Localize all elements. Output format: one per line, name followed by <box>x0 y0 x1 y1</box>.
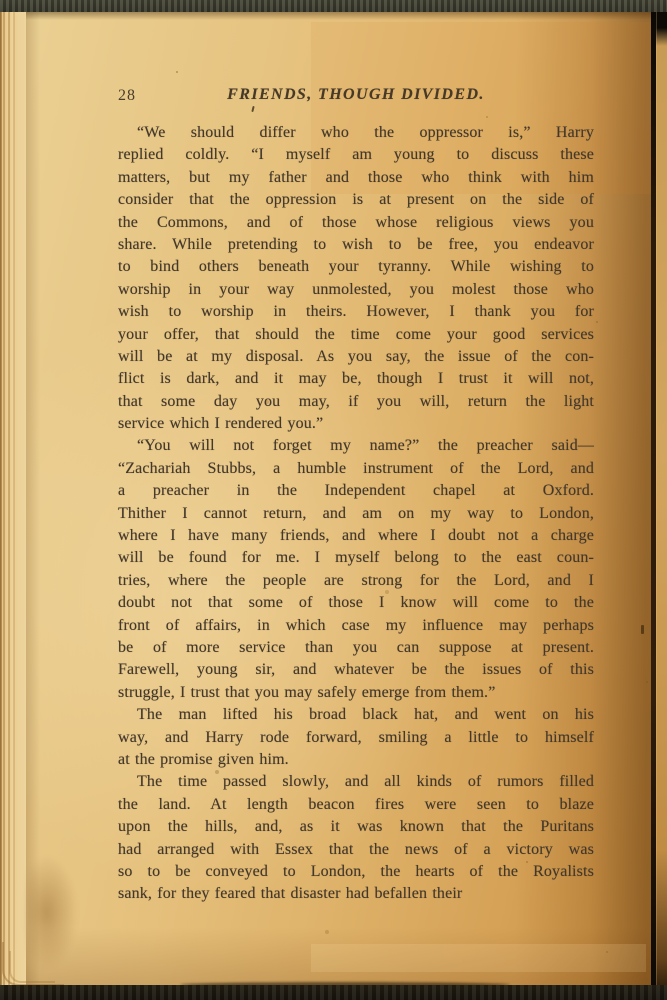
text-line: be of more service than you can suppose … <box>118 637 594 659</box>
text-line: flict is dark, and it may be, though I t… <box>118 368 594 390</box>
text-line: struggle, I trust that you may safely em… <box>118 682 594 704</box>
text-line: front of affairs, in which case my influ… <box>118 615 594 637</box>
text-line: where I have many friends, and where I d… <box>118 525 594 547</box>
text-line: had arranged with Essex that the news of… <box>118 839 594 861</box>
page-header: 28 FRIENDS, THOUGH DIVIDED. <box>118 86 594 108</box>
book-cover-bottom-edge <box>0 985 667 1000</box>
text-line: Thither I cannot return, and am on my wa… <box>118 503 594 525</box>
text-line: replied coldly. “I myself am young to di… <box>118 144 594 166</box>
text-line: your offer, that should the time come yo… <box>118 324 594 346</box>
stacked-page-edges <box>0 11 26 986</box>
paper-foxing-specks <box>176 71 178 73</box>
text-line: matters, but my father and those who thi… <box>118 167 594 189</box>
text-line: share. While pretending to wish to be fr… <box>118 234 594 256</box>
margin-ink-mark <box>641 625 644 634</box>
paragraph: The time passed slowly, and all kinds of… <box>118 771 594 905</box>
text-block: “We should differ who the oppressor is,”… <box>118 122 594 906</box>
text-line: upon the hills, and, as it was known tha… <box>118 816 594 838</box>
paragraph: The man lifted his broad black hat, and … <box>118 704 594 771</box>
book-cover-top-edge <box>0 0 667 12</box>
text-line: wish to worship in theirs. However, I th… <box>118 301 594 323</box>
text-line: “We should differ who the oppressor is,”… <box>118 122 594 144</box>
text-line: “Zachariah Stubbs, a humble instrument o… <box>118 458 594 480</box>
text-line: service which I rendered you.” <box>118 413 594 435</box>
facing-page-edge <box>656 0 667 1000</box>
text-line: sank, for they feared that disaster had … <box>118 883 594 905</box>
text-line: worship in your way unmolested, you mole… <box>118 279 594 301</box>
text-line: The time passed slowly, and all kinds of… <box>118 771 594 793</box>
running-header: FRIENDS, THOUGH DIVIDED. <box>227 86 485 104</box>
text-line: a preacher in the Independent chapel at … <box>118 480 594 502</box>
page-number: 28 <box>118 87 136 105</box>
text-line: The man lifted his broad black hat, and … <box>118 704 594 726</box>
text-line: will be at my disposal. As you say, the … <box>118 346 594 368</box>
text-line: “You will not forget my name?” the preac… <box>118 435 594 457</box>
text-line: the Commons, and of those whose religiou… <box>118 212 594 234</box>
text-line: doubt not that some of those I know will… <box>118 592 594 614</box>
scan-brightness-band-bottom <box>311 944 646 972</box>
text-line: the land. At length beacon fires were se… <box>118 794 594 816</box>
text-line: will be found for me. I myself belong to… <box>118 547 594 569</box>
text-line: to bind others beneath your tyranny. Whi… <box>118 256 594 278</box>
text-line: way, and Harry rode forward, smiling a l… <box>118 727 594 749</box>
text-line: Farewell, young sir, and whatever be the… <box>118 659 594 681</box>
text-line: at the promise given him. <box>118 749 594 771</box>
paragraph: “You will not forget my name?” the preac… <box>118 435 594 704</box>
book-page-scan: 28 FRIENDS, THOUGH DIVIDED. “We should d… <box>0 0 667 1000</box>
text-line: consider that the oppression is at prese… <box>118 189 594 211</box>
paper-stain <box>26 855 78 970</box>
text-line: that some day you may, if you will, retu… <box>118 391 594 413</box>
paragraph: “We should differ who the oppressor is,”… <box>118 122 594 435</box>
text-line: so to be conveyed to London, the hearts … <box>118 861 594 883</box>
page-content: 28 FRIENDS, THOUGH DIVIDED. “We should d… <box>118 86 594 906</box>
text-line: tries, where the people are strong for t… <box>118 570 594 592</box>
